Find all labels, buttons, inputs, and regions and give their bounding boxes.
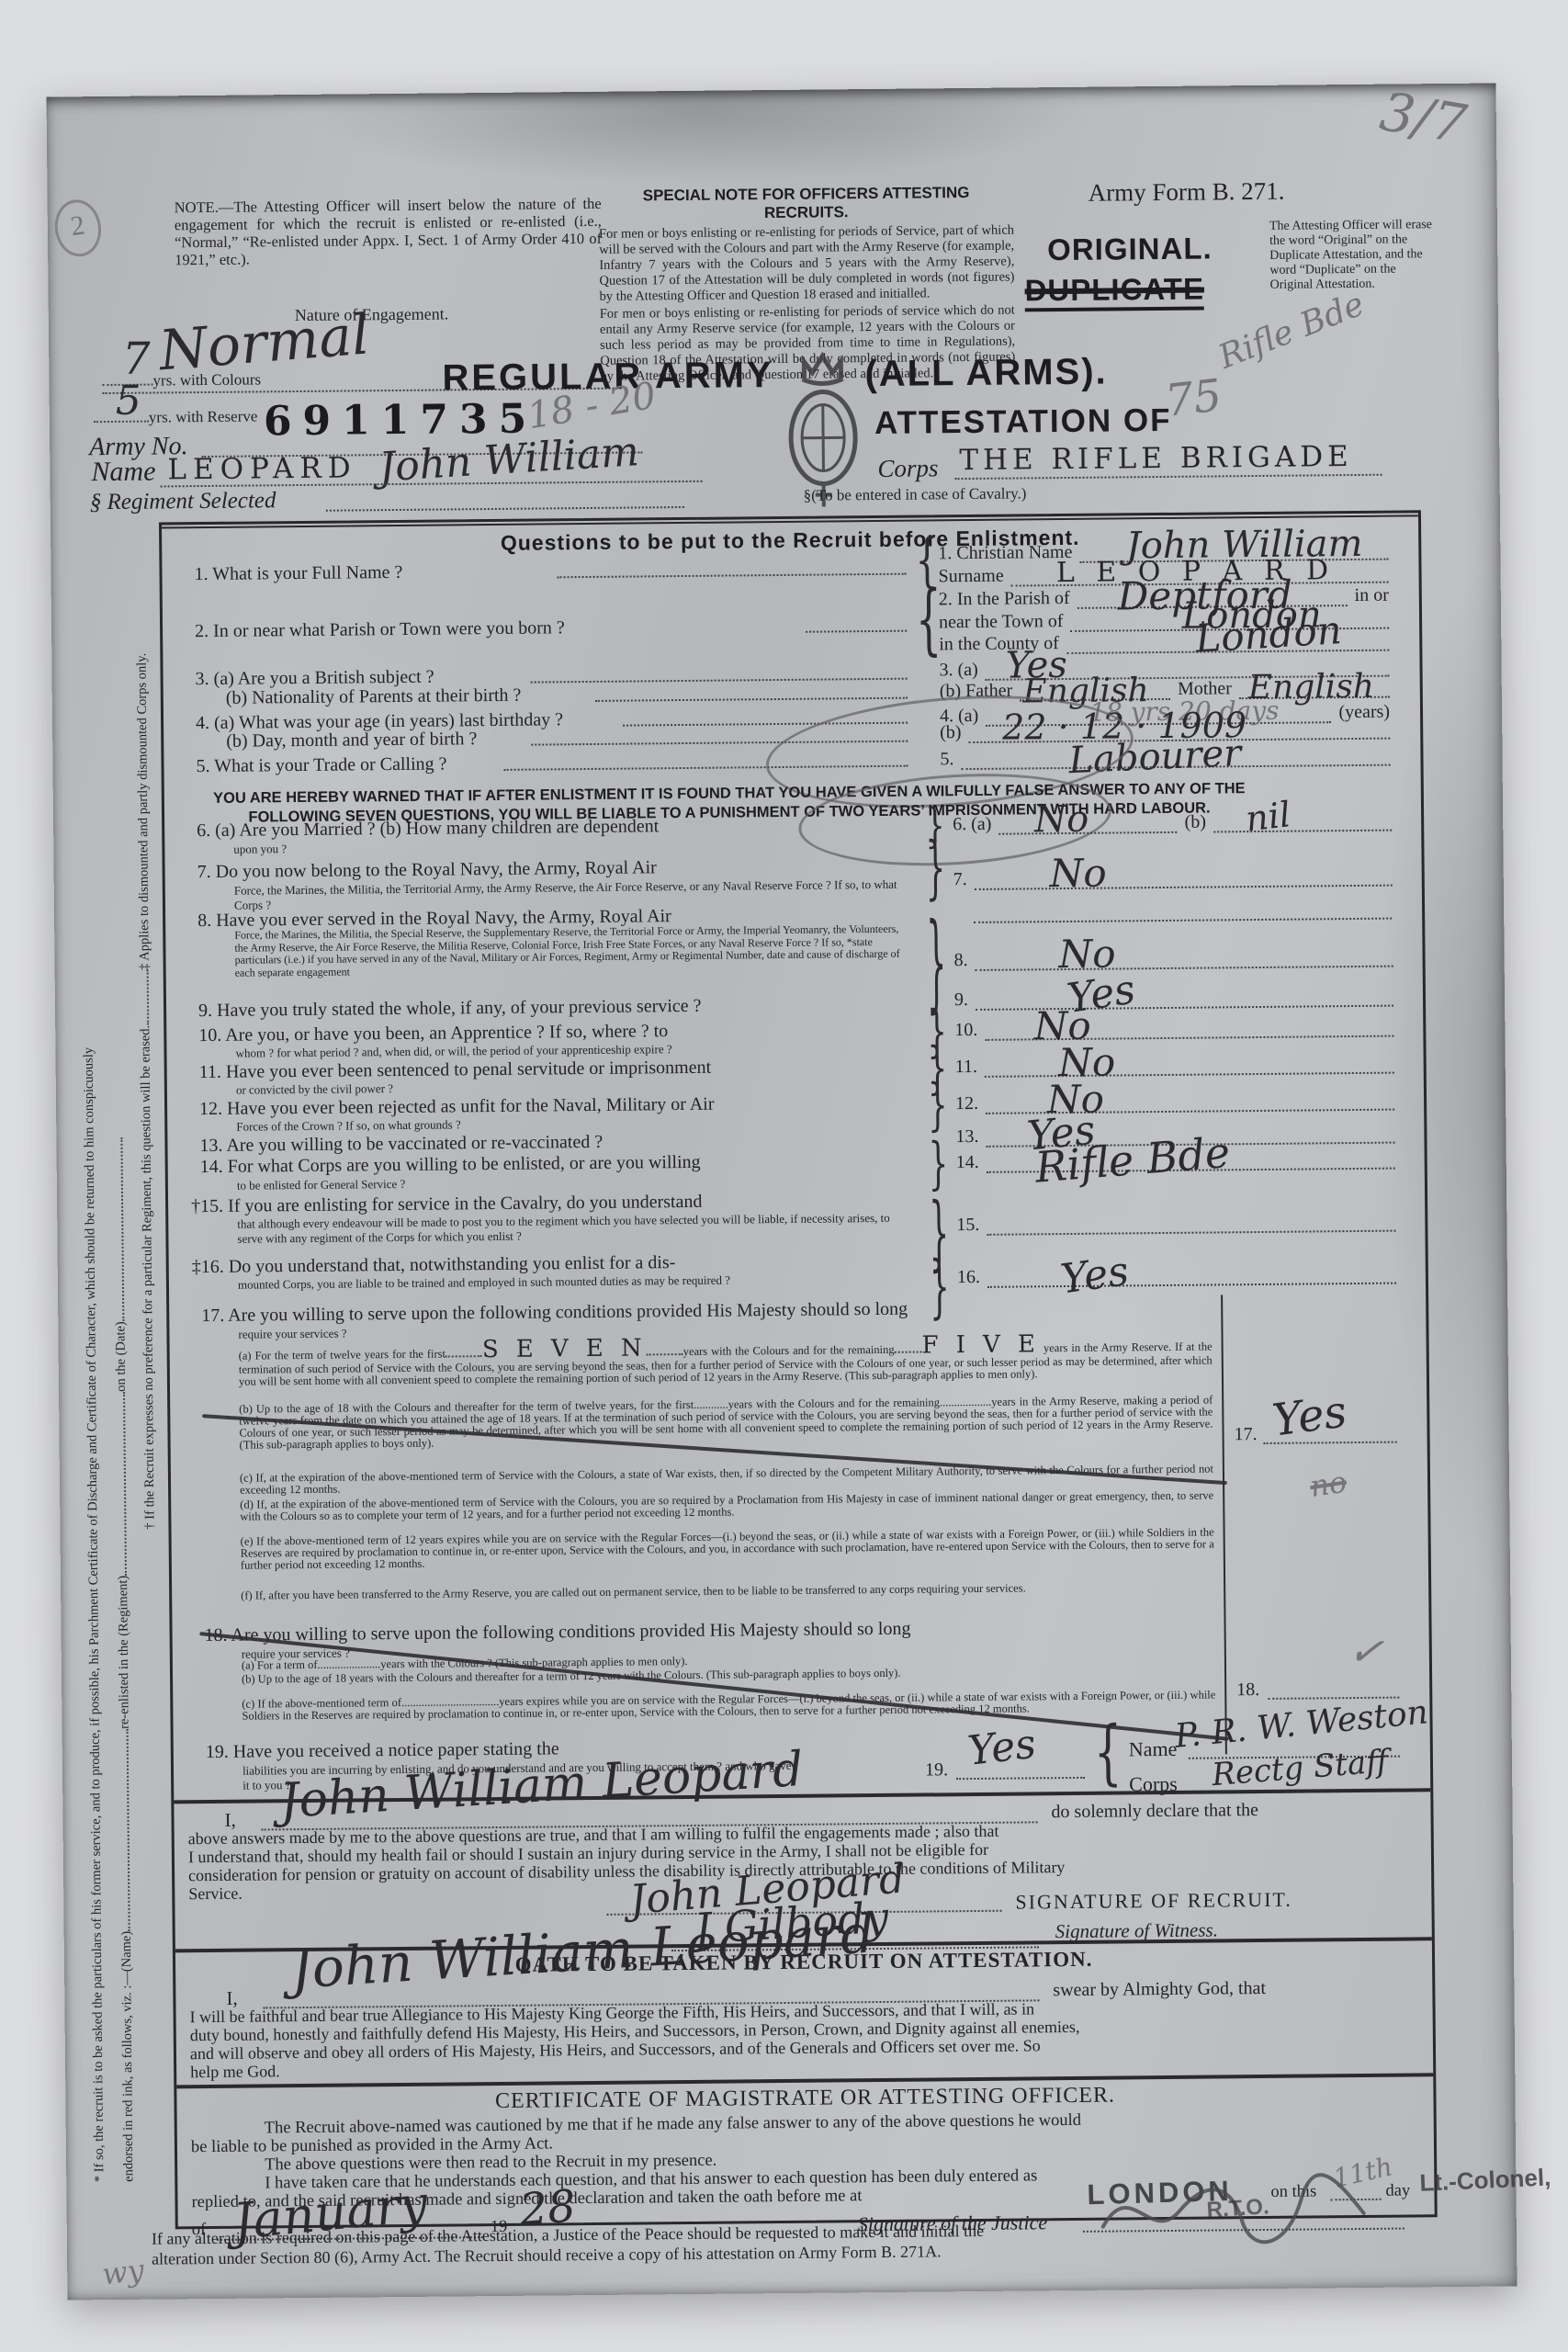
answer-12-label: 12. <box>955 1093 978 1114</box>
answer-9-label: 9. <box>954 989 968 1011</box>
answer-8-value: No <box>1058 934 1115 974</box>
signature-of-recruit-label: SIGNATURE OF RECRUIT. <box>1015 1888 1292 1915</box>
questions-box: Questions to be put to the Recruit befor… <box>159 510 1438 2229</box>
pencil-seven-five: 75 <box>1163 373 1224 424</box>
question-6: 6. (a) Are you Married ? (b) How many ch… <box>197 815 659 842</box>
answer-2-county-value: London <box>1194 611 1343 659</box>
answer-16-brace: } <box>930 1247 950 1328</box>
special-note-title: SPECIAL NOTE FOR OFFICERS ATTESTING RECR… <box>598 184 1013 224</box>
original-label: ORIGINAL. <box>1047 231 1213 267</box>
answer-11-label: 11. <box>955 1057 977 1078</box>
answer-16-label: 16. <box>957 1267 980 1288</box>
question-3b: (b) Nationality of Parents at their birt… <box>226 684 522 709</box>
name-label: Name <box>91 457 155 489</box>
attesting-officer-note: NOTE.—The Attesting Officer will insert … <box>175 195 603 268</box>
answer-14-value: Rifle Bde <box>1034 1131 1232 1189</box>
corner-circled-number: 2 <box>51 197 106 260</box>
question-4b: (b) Day, month and year of birth ? <box>226 728 477 752</box>
answer-15-label: 15. <box>956 1215 979 1236</box>
pencil-page-number: 3/7 <box>1377 85 1471 152</box>
question-18: 18. Are you willing to serve upon the fo… <box>204 1618 910 1646</box>
cavalry-entry-note: §(To be entered in case of Cavalry.) <box>804 484 1027 504</box>
strike-line-18 <box>199 1632 1229 1741</box>
answer-6a-value: No <box>1034 801 1089 839</box>
question-17a: (a) For the term of twelve years for the… <box>239 1331 1213 1388</box>
question-8-detail: Force, the Marines, the Militia, the Spe… <box>234 923 909 979</box>
answer-2-suffix: in or <box>1354 585 1388 606</box>
answer-8-label: 8. <box>953 950 967 971</box>
answer-6-label: 6. (a) <box>953 814 991 835</box>
answer-17-value: Yes <box>1270 1389 1349 1442</box>
answer-1-christian-label: 1. Christian Name <box>938 542 1072 564</box>
answer-18-tick: ✓ <box>1346 1628 1386 1675</box>
nature-of-engagement-value: Normal <box>157 307 371 379</box>
erase-instruction-note: The Attesting Officer will erase the wor… <box>1269 218 1436 293</box>
years-with-colours-label: yrs. with Colours <box>152 370 261 389</box>
question-17f: (f) If, after you have been transferred … <box>241 1580 1214 1601</box>
answer-12-brace: } <box>928 1072 948 1138</box>
question-15-detail: that although every endeavour will be ma… <box>237 1211 912 1247</box>
answer-18-label: 18. <box>1236 1679 1259 1701</box>
form-number: Army Form B. 271. <box>1039 176 1333 208</box>
answer-1-surname-label: Surname <box>938 566 1003 588</box>
answer-10-label: 10. <box>954 1020 977 1041</box>
scanned-attestation-document: { "marks": { "corner": "2", "page_pencil… <box>0 0 1568 2352</box>
answer-2-parish-label: 2. In the Parish of <box>939 588 1070 610</box>
question-2: 2. In or near what Parish or Town were y… <box>195 616 565 642</box>
regiment-dotted-line <box>326 506 684 512</box>
answer-19-corps-value: Rectg Staff <box>1211 1746 1389 1791</box>
answer-7-label: 7. <box>953 869 967 890</box>
lt-colonel-stamp: Lt.-Colonel, <box>1419 2164 1551 2198</box>
attestation-of-label: ATTESTATION OF <box>874 402 1172 442</box>
corps-label: Corps <box>877 454 938 483</box>
answer-17-label: 17. <box>1234 1424 1257 1445</box>
name-surname-value: LEOPARD <box>167 454 357 484</box>
oath-name-value: John William Leopard <box>289 1906 876 1996</box>
answer-16-value: Yes <box>1058 1251 1131 1300</box>
title-all-arms: (ALL ARMS). <box>864 352 1108 396</box>
answer-6b-value: nil <box>1244 797 1292 836</box>
question-9: 9. Have you truly stated the whole, if a… <box>198 995 702 1022</box>
answer-17-crossed-out: no <box>1308 1467 1348 1502</box>
margin-note-former-service: * If so, the recruit is to be asked the … <box>81 1047 107 2182</box>
regiment-selected-label: § Regiment Selected <box>90 488 276 515</box>
answer-2-town-label: near the Town of <box>939 611 1064 633</box>
question-5: 5. What is your Trade or Calling ? <box>196 752 446 777</box>
pencil-diagonal-note: Rifle Bde <box>1214 288 1369 375</box>
form-paper: 2 NOTE.—The Attesting Officer will inser… <box>47 83 1517 2300</box>
question-7: 7. Do you now belong to the Royal Navy, … <box>197 856 657 883</box>
answer-3a-label: 3. (a) <box>939 660 977 681</box>
special-note-paragraph-1: For men or boys enlisting or re-enlistin… <box>599 223 1015 305</box>
answer-7-value: No <box>1049 854 1106 894</box>
answer-19-name-label: Name <box>1129 1737 1178 1762</box>
certificate-p4c: day <box>1385 2181 1410 2200</box>
question-17: 17. Are you willing to serve upon the fo… <box>201 1298 908 1327</box>
corps-value: THE RIFLE BRIGADE <box>959 443 1353 475</box>
answer-19-brace: { <box>1093 1712 1122 1794</box>
duplicate-label-struck: DUPLICATE <box>1024 272 1204 312</box>
answer-6b-label: (b) <box>1184 812 1206 833</box>
question-17e: (e) If the above-mentioned term of 12 ye… <box>241 1527 1214 1572</box>
answer-17-18-separator <box>1221 1295 1227 1754</box>
margin-note-daggers: † If the Recruit expresses no preference… <box>132 653 158 1530</box>
answer-7-brace: } <box>925 828 945 909</box>
answer-14-label: 14. <box>956 1152 979 1173</box>
margin-note-red-ink: endorsed in red ink, as follows, viz. :—… <box>109 1137 137 2182</box>
question-1: 1. What is your Full Name ? <box>194 561 402 585</box>
years-with-reserve-label: yrs. with Reserve <box>149 407 258 425</box>
answer-19-label: 19. <box>925 1759 948 1781</box>
pencil-corner-initials: wy <box>101 2255 146 2289</box>
question-17b: (b) Up to the age of 18 with the Colours… <box>239 1395 1213 1452</box>
question-18c: (c) If the above-mentioned term of......… <box>242 1689 1215 1722</box>
answer-19-value: Yes <box>966 1724 1038 1772</box>
answer-13-label: 13. <box>955 1126 978 1148</box>
